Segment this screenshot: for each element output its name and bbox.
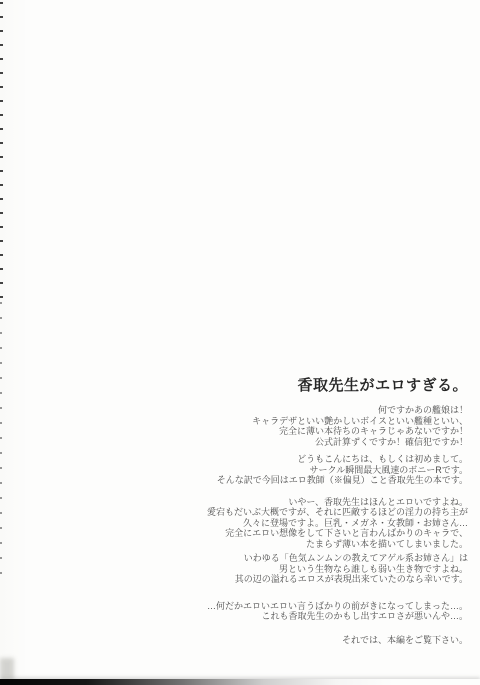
afterword-paragraph-3: いやー、香取先生はほんとエロいですよね。 愛宕もだいぶ大概ですが、それに匹敵する… [40,497,468,550]
text-line: どうもこんにちは、もしくは初めまして。 [40,454,468,465]
text-line: たまらず薄い本を描いてしまいました。 [40,539,468,550]
scan-bottom-shadow-icon [0,679,480,685]
text-line: …何だかエロいエロい言うばかりの前がきになってしまった…。 [40,601,468,612]
text-line: 愛宕もだいぶ大概ですが、それに匹敵するほどの淫力の持ち主が [40,507,468,518]
page-title: 香取先生がエロすぎる。 [40,376,468,396]
afterword-paragraph-5: …何だかエロいエロい言うばかりの前がきになってしまった…。 これも香取先生のかも… [40,601,468,622]
text-line: そんな訳で今回はエロ教師（※偏見）こと香取先生の本です。 [40,475,468,486]
scan-binding-marks-icon [0,2,3,302]
text-line: いやー、香取先生はほんとエロいですよね。 [40,497,468,508]
afterword-text-block: 香取先生がエロすぎる。 何ですかあの艦娘は！ キャラデザといい艶かしいボイスとい… [40,376,468,645]
text-line: 公式計算ずくですか！確信犯ですか！ [40,437,468,448]
afterword-paragraph-6: それでは、本編をご覧下さい。 [40,635,468,646]
text-line: これも香取先生のかもし出すエロさが悪いんや…。 [40,611,468,622]
text-line: いわゆる「色気ムンムンの教えてアゲル系お姉さん」は [40,553,468,564]
text-line: 久々に登場ですよ。巨乳・メガネ・女教師・お姉さん… [40,518,468,529]
text-line: サークル瞬間最大風速のボニーRです。 [40,465,468,476]
text-line: 完全にエロい想像をして下さいと言わんばかりのキャラで、 [40,528,468,539]
text-line: 完全に薄い本待ちのキャラじゃあないですか！ [40,426,468,437]
text-line: 其の辺の溢れるエロスが表現出来ていたのなら幸いです。 [40,574,468,585]
text-line: それでは、本編をご覧下さい。 [40,635,468,646]
text-line: 男という生物なら誰しも弱い生き物ですよね。 [40,564,468,575]
afterword-paragraph-4: いわゆる「色気ムンムンの教えてアゲル系お姉さん」は 男という生物なら誰しも弱い生… [40,553,468,585]
text-line: 何ですかあの艦娘は！ [40,405,468,416]
scanned-page: 香取先生がエロすぎる。 何ですかあの艦娘は！ キャラデザといい艶かしいボイスとい… [0,0,480,685]
scan-corner-smudge-icon [0,658,14,680]
afterword-paragraph-2: どうもこんにちは、もしくは初めまして。 サークル瞬間最大風速のボニーRです。 そ… [40,454,468,486]
text-line: キャラデザといい艶かしいボイスといい艦種といい、 [40,416,468,427]
scan-binding-marks-faint-icon [0,302,2,574]
afterword-paragraph-1: 何ですかあの艦娘は！ キャラデザといい艶かしいボイスといい艦種といい、 完全に薄… [40,405,468,447]
